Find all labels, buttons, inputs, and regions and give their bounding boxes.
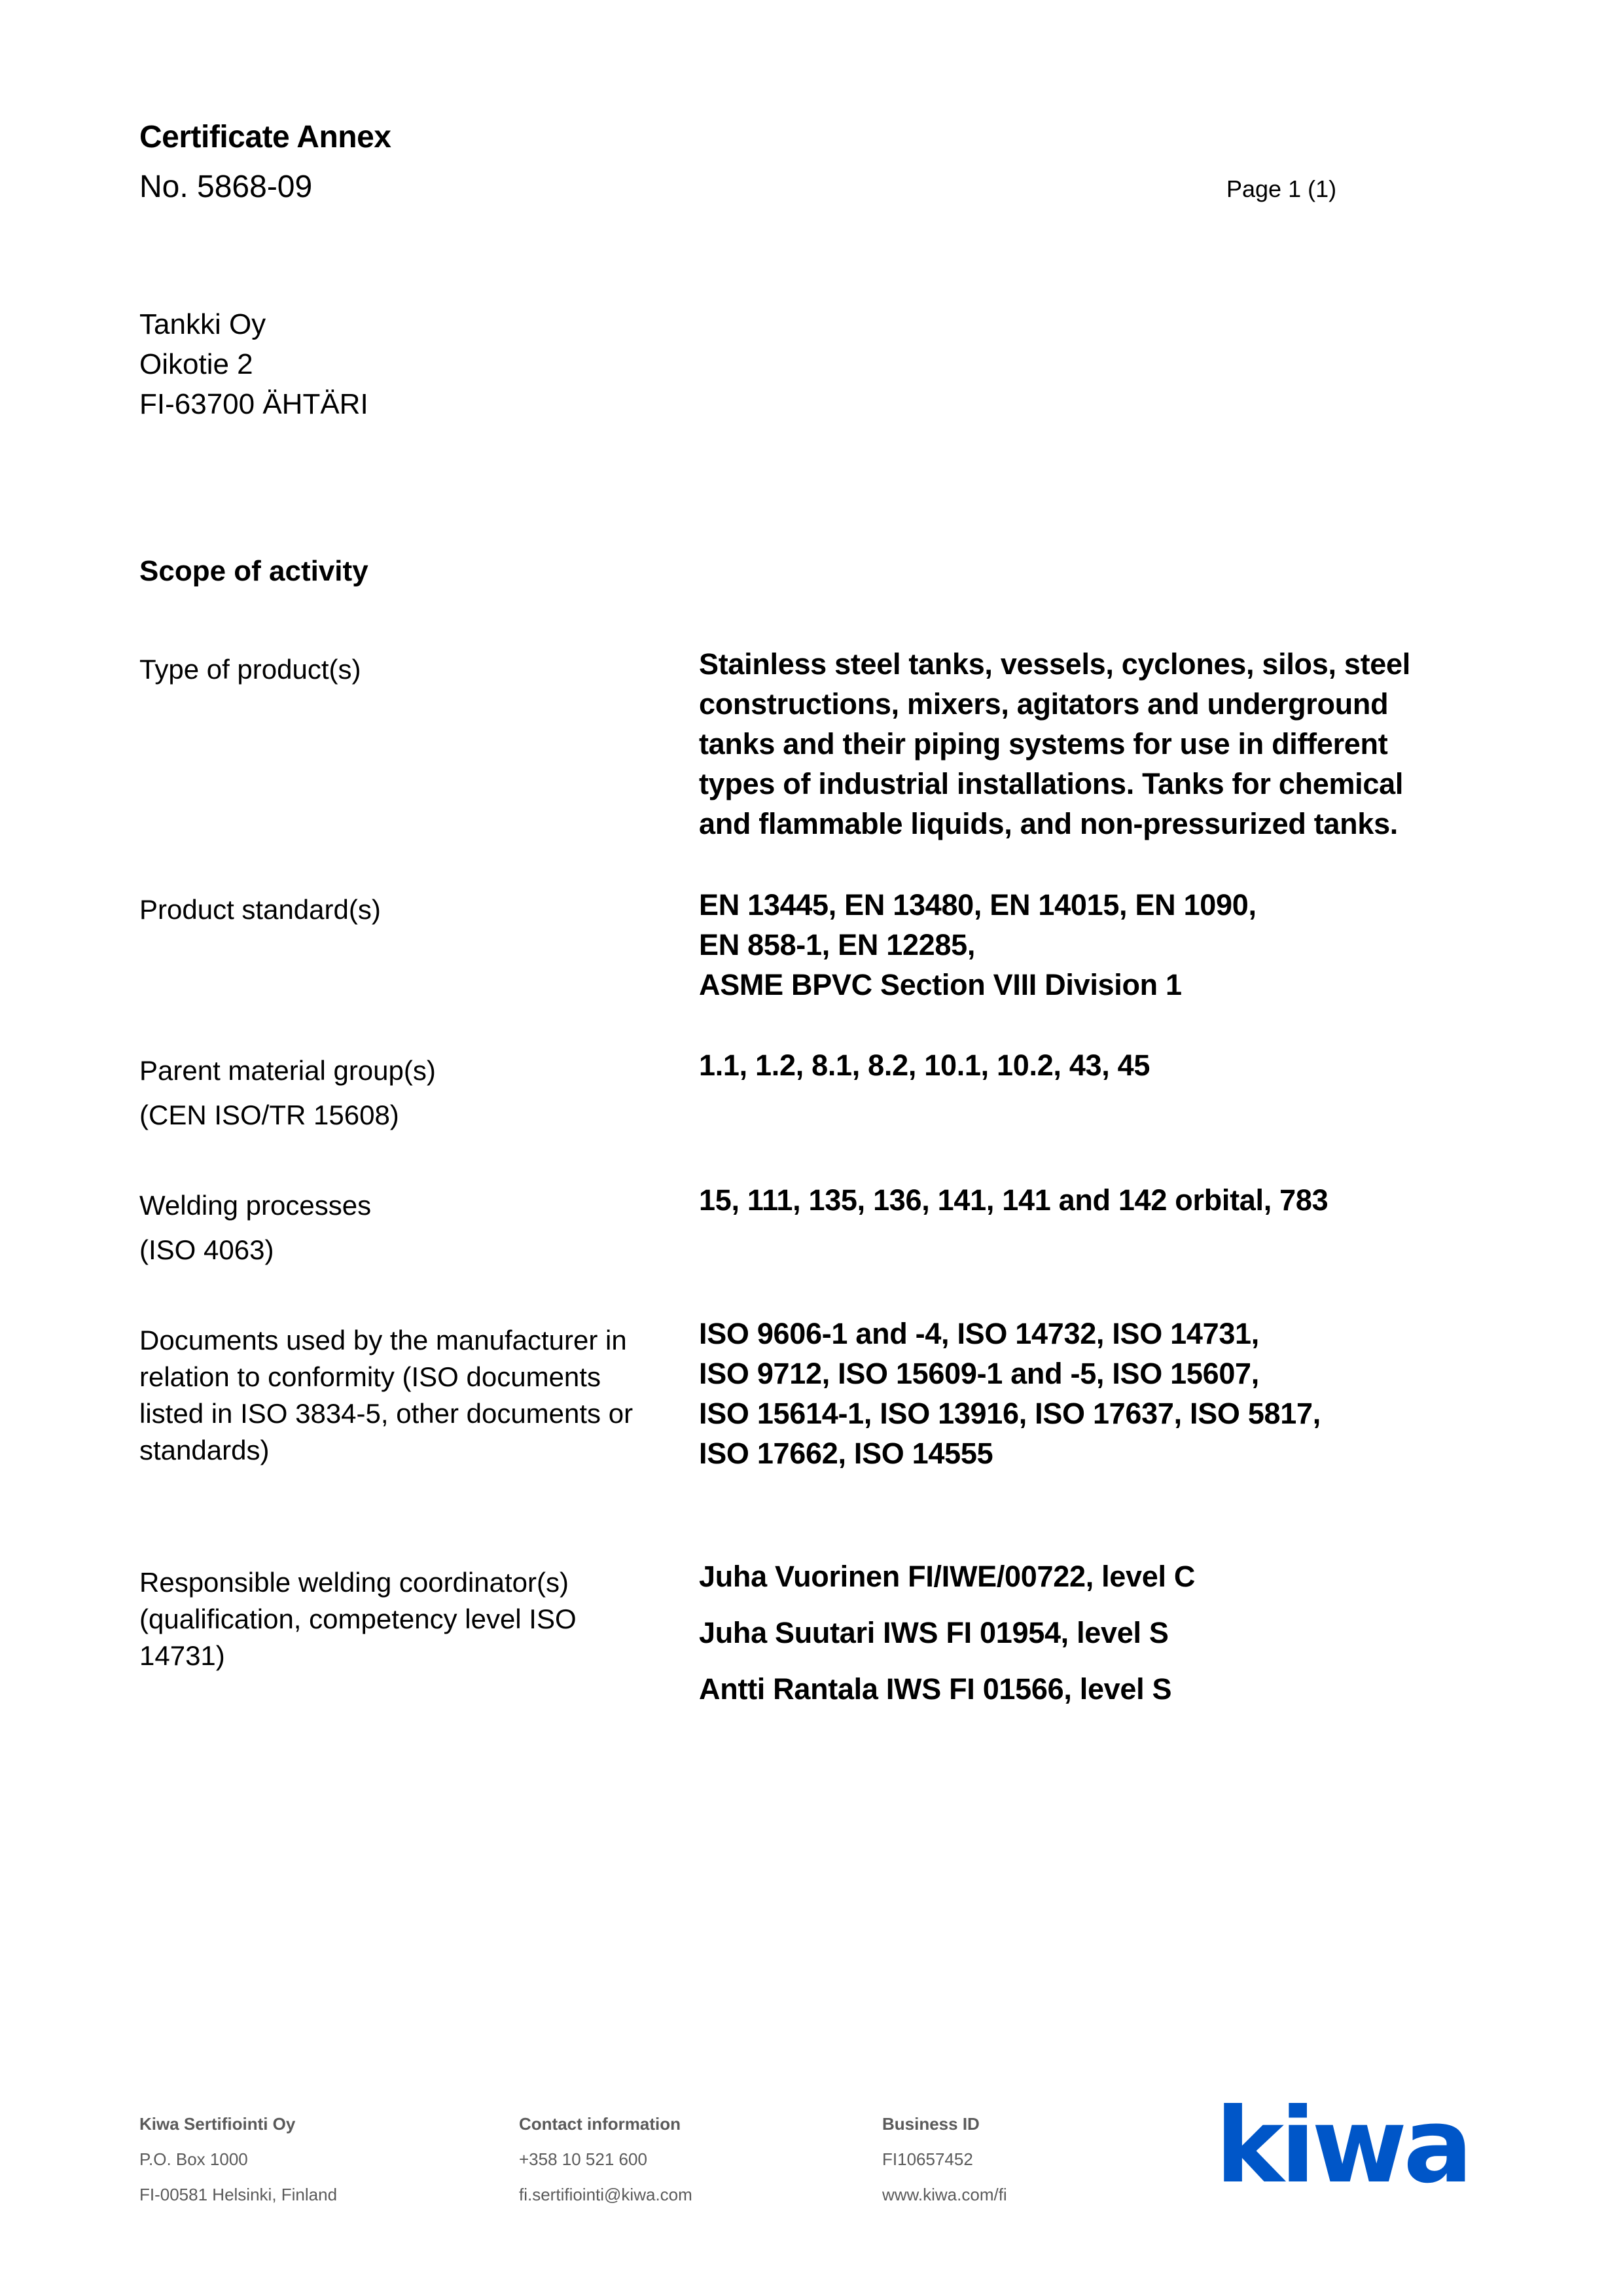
kiwa-logo: kiwa bbox=[1215, 2098, 1471, 2199]
value-line: 15, 111, 135, 136, 141, 141 and 142 orbi… bbox=[699, 1180, 1517, 1220]
footer-business: Business ID FI10657452 www.kiwa.com/fi bbox=[882, 2106, 1007, 2212]
label-product-standards: Product standard(s) bbox=[139, 891, 676, 928]
value-line: ISO 9606-1 and -4, ISO 14732, ISO 14731, bbox=[699, 1314, 1517, 1354]
value-line: and flammable liquids, and non-pressuriz… bbox=[699, 804, 1517, 844]
label-line: 14731) bbox=[139, 1638, 676, 1674]
value-line: types of industrial installations. Tanks… bbox=[699, 764, 1517, 804]
label-welding-processes: Welding processes (ISO 4063) bbox=[139, 1183, 676, 1272]
footer-contact-heading: Contact information bbox=[519, 2106, 692, 2142]
value-welding-coordinators: Juha Vuorinen FI/IWE/00722, level C Juha… bbox=[699, 1556, 1517, 1725]
label-line: Parent material group(s) bbox=[139, 1049, 676, 1093]
value-product-types: Stainless steel tanks, vessels, cyclones… bbox=[699, 644, 1517, 844]
kiwa-logo-icon: kiwa bbox=[1215, 2098, 1471, 2196]
label-product-types: Type of product(s) bbox=[139, 651, 676, 688]
label-line: Type of product(s) bbox=[139, 651, 676, 688]
page-number: Page 1 (1) bbox=[1226, 175, 1336, 203]
label-line: relation to conformity (ISO documents bbox=[139, 1359, 676, 1395]
scope-title: Scope of activity bbox=[139, 555, 368, 588]
value-line: ISO 9712, ISO 15609-1 and -5, ISO 15607, bbox=[699, 1354, 1517, 1393]
label-parent-material-groups: Parent material group(s) (CEN ISO/TR 156… bbox=[139, 1049, 676, 1138]
value-line: ASME BPVC Section VIII Division 1 bbox=[699, 965, 1517, 1005]
logo-wordmark: kiwa bbox=[1215, 2098, 1469, 2196]
value-line: constructions, mixers, agitators and und… bbox=[699, 684, 1517, 724]
footer-business-id: FI10657452 bbox=[882, 2142, 1007, 2177]
coordinator-entry: Juha Vuorinen FI/IWE/00722, level C bbox=[699, 1556, 1517, 1613]
footer-email[interactable]: fi.sertifiointi@kiwa.com bbox=[519, 2177, 692, 2212]
footer-website[interactable]: www.kiwa.com/fi bbox=[882, 2177, 1007, 2212]
label-line: Responsible welding coordinator(s) bbox=[139, 1564, 676, 1601]
document-title: Certificate Annex bbox=[139, 119, 391, 155]
recipient-street: Oikotie 2 bbox=[139, 344, 368, 384]
recipient-company: Tankki Oy bbox=[139, 304, 368, 344]
label-line: Documents used by the manufacturer in bbox=[139, 1322, 676, 1359]
label-welding-coordinators: Responsible welding coordinator(s) (qual… bbox=[139, 1564, 676, 1674]
footer-contact: Contact information +358 10 521 600 fi.s… bbox=[519, 2106, 692, 2212]
label-line: (ISO 4063) bbox=[139, 1228, 676, 1272]
value-product-standards: EN 13445, EN 13480, EN 14015, EN 1090, E… bbox=[699, 885, 1517, 1005]
recipient-address: Tankki Oy Oikotie 2 FI-63700 ÄHTÄRI bbox=[139, 304, 368, 424]
label-documents-used: Documents used by the manufacturer in re… bbox=[139, 1322, 676, 1469]
label-line: (qualification, competency level ISO bbox=[139, 1601, 676, 1638]
value-line: EN 858-1, EN 12285, bbox=[699, 925, 1517, 965]
recipient-postal-city: FI-63700 ÄHTÄRI bbox=[139, 384, 368, 424]
footer-business-heading: Business ID bbox=[882, 2106, 1007, 2142]
value-welding-processes: 15, 111, 135, 136, 141, 141 and 142 orbi… bbox=[699, 1180, 1517, 1220]
label-line: (CEN ISO/TR 15608) bbox=[139, 1093, 676, 1138]
coordinator-entry: Antti Rantala IWS FI 01566, level S bbox=[699, 1669, 1517, 1725]
footer-po-box: P.O. Box 1000 bbox=[139, 2142, 337, 2177]
footer-city: FI-00581 Helsinki, Finland bbox=[139, 2177, 337, 2212]
value-line: ISO 15614-1, ISO 13916, ISO 17637, ISO 5… bbox=[699, 1393, 1517, 1433]
value-line: tanks and their piping systems for use i… bbox=[699, 724, 1517, 764]
label-line: Welding processes bbox=[139, 1183, 676, 1228]
value-parent-material-groups: 1.1, 1.2, 8.1, 8.2, 10.1, 10.2, 43, 45 bbox=[699, 1045, 1517, 1085]
footer-phone: +358 10 521 600 bbox=[519, 2142, 692, 2177]
label-line: listed in ISO 3834-5, other documents or bbox=[139, 1395, 676, 1432]
footer-company: Kiwa Sertifiointi Oy P.O. Box 1000 FI-00… bbox=[139, 2106, 337, 2212]
label-line: standards) bbox=[139, 1432, 676, 1469]
certificate-number: No. 5868-09 bbox=[139, 169, 312, 205]
value-line: Stainless steel tanks, vessels, cyclones… bbox=[699, 644, 1517, 684]
coordinator-entry: Juha Suutari IWS FI 01954, level S bbox=[699, 1613, 1517, 1669]
value-line: EN 13445, EN 13480, EN 14015, EN 1090, bbox=[699, 885, 1517, 925]
value-line: ISO 17662, ISO 14555 bbox=[699, 1433, 1517, 1473]
value-documents-used: ISO 9606-1 and -4, ISO 14732, ISO 14731,… bbox=[699, 1314, 1517, 1473]
label-line: Product standard(s) bbox=[139, 891, 676, 928]
value-line: 1.1, 1.2, 8.1, 8.2, 10.1, 10.2, 43, 45 bbox=[699, 1045, 1517, 1085]
footer-company-name: Kiwa Sertifiointi Oy bbox=[139, 2106, 337, 2142]
